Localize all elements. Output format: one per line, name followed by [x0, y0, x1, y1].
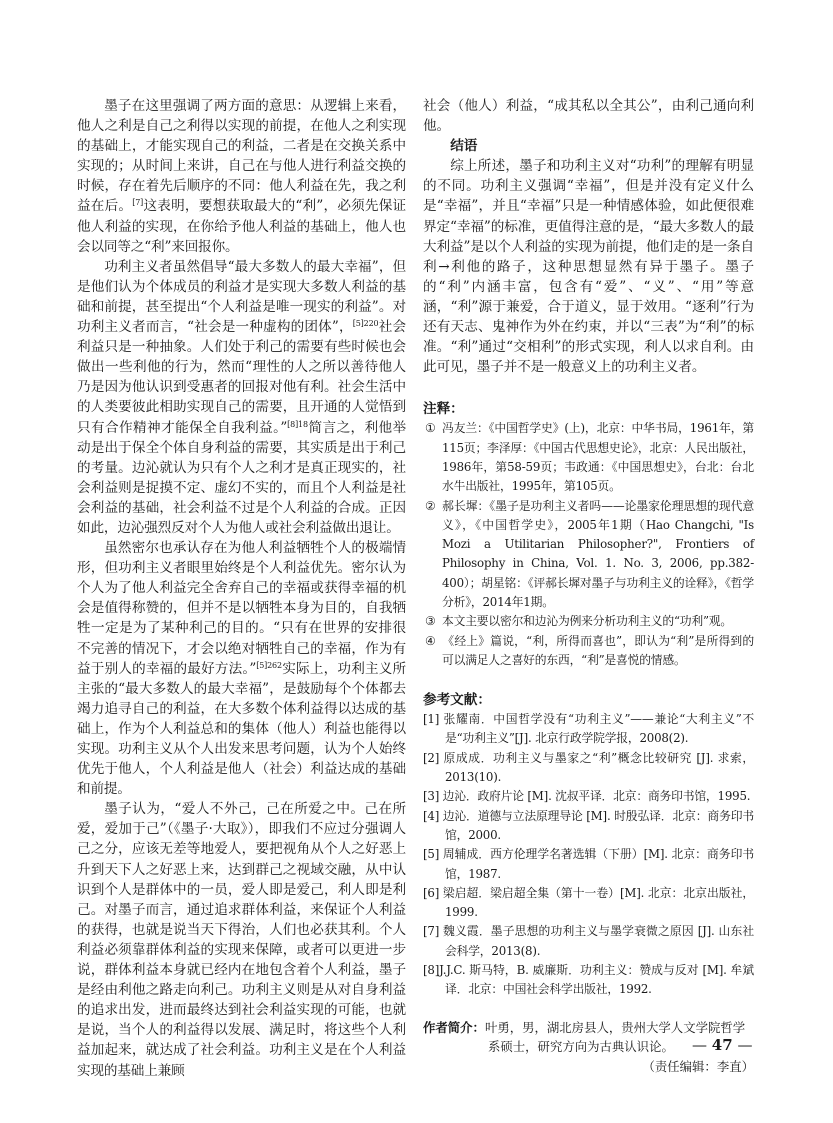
note-item: ④《经上》篇说，“利，所得而喜也”，即认为“利”是所得到的可以满足人之喜好的东西… — [423, 632, 754, 671]
note-item: ③本文主要以密尔和边沁为例来分析功利主义的“功利”观。 — [423, 612, 754, 631]
reference-item: [6] 梁启超．梁启超全集（第十一卷）[M]. 北京：北京出版社，1999. — [423, 884, 754, 923]
reference-item: [5] 周辅成．西方伦理学名著选辑（下册）[M]. 北京：商务印书馆，1987. — [423, 845, 754, 884]
reference-item: [1] 张耀南．中国哲学没有“功利主义”——兼论“大利主义”不是“功利主义”[J… — [423, 710, 754, 749]
author-bio-text: 叶勇，男，湖北房县人，贵州大学人文学院哲学 — [485, 1020, 745, 1035]
body-paragraph-continuation: 社会（他人）利益，“成其私以全其公”，由利己通向利他。 — [423, 96, 754, 136]
citation: [5]220 — [353, 319, 379, 328]
reference-item: [8]J.J.C. 斯马特，B. 威廉斯．功利主义：赞成与反对 [M]. 牟斌译… — [423, 961, 754, 1000]
citation: [5]262 — [256, 661, 282, 670]
note-item: ①冯友兰：《中国哲学史》(上)，北京：中华书局，1961年，第115页；李泽厚：… — [423, 419, 754, 496]
conclusion-heading: 结语 — [423, 136, 754, 156]
reference-item: [4] 边沁．道德与立法原理导论 [M]. 时殷弘译．北京：商务印书馆，2000… — [423, 807, 754, 846]
page-number: — 47 — — [692, 1036, 752, 1054]
body-paragraph: 墨子在这里强调了两方面的意思：从逻辑上来看，他人之利是自己之利得以实现的前提，在… — [77, 96, 406, 257]
editor-credit: （责任编辑：李直） — [423, 1057, 754, 1077]
citation: [8]18 — [287, 420, 308, 429]
notes-title: 注释： — [423, 399, 754, 419]
references-section: 参考文献： [1] 张耀南．中国哲学没有“功利主义”——兼论“大利主义”不是“功… — [423, 690, 754, 999]
citation: [7] — [132, 198, 143, 207]
notes-section: 注释： ①冯友兰：《中国哲学史》(上)，北京：中华书局，1961年，第115页；… — [423, 399, 754, 670]
note-item: ②郝长墀：《墨子是功利主义者吗——论墨家伦理思想的现代意义》，《中国哲学史》，2… — [423, 497, 754, 613]
conclusion-paragraph: 综上所述，墨子和功利主义对“功利”的理解有明显的不同。功利主义强调“幸福”，但是… — [423, 156, 754, 377]
reference-item: [2] 原成成．功利主义与墨家之“利”概念比较研究 [J]. 求索，2013(1… — [423, 749, 754, 788]
right-column: 社会（他人）利益，“成其私以全其公”，由利己通向利他。 结语 综上所述，墨子和功… — [423, 96, 754, 1077]
references-title: 参考文献： — [423, 690, 754, 710]
body-paragraph: 功利主义者虽然倡导“最大多数人的最大幸福”，但是他们认为个体成员的利益才是实现大… — [77, 257, 406, 538]
reference-item: [7] 魏义霞．墨子思想的功利主义与墨学衰微之原因 [J]. 山东社会科学，20… — [423, 922, 754, 961]
left-column: 墨子在这里强调了两方面的意思：从逻辑上来看，他人之利是自己之利得以实现的前提，在… — [77, 96, 406, 1081]
reference-item: [3] 边沁．政府片论 [M]. 沈叔平译．北京：商务印书馆，1995. — [423, 787, 754, 806]
body-paragraph: 虽然密尔也承认存在为他人利益牺牲个人的极端情形，但功利主义者眼里始终是个人利益优… — [77, 538, 406, 799]
author-bio-label: 作者简介： — [423, 1020, 485, 1035]
body-paragraph: 墨子认为，“爱人不外己，己在所爱之中。己在所爱，爱加于己”（《墨子·大取》），即… — [77, 799, 406, 1080]
